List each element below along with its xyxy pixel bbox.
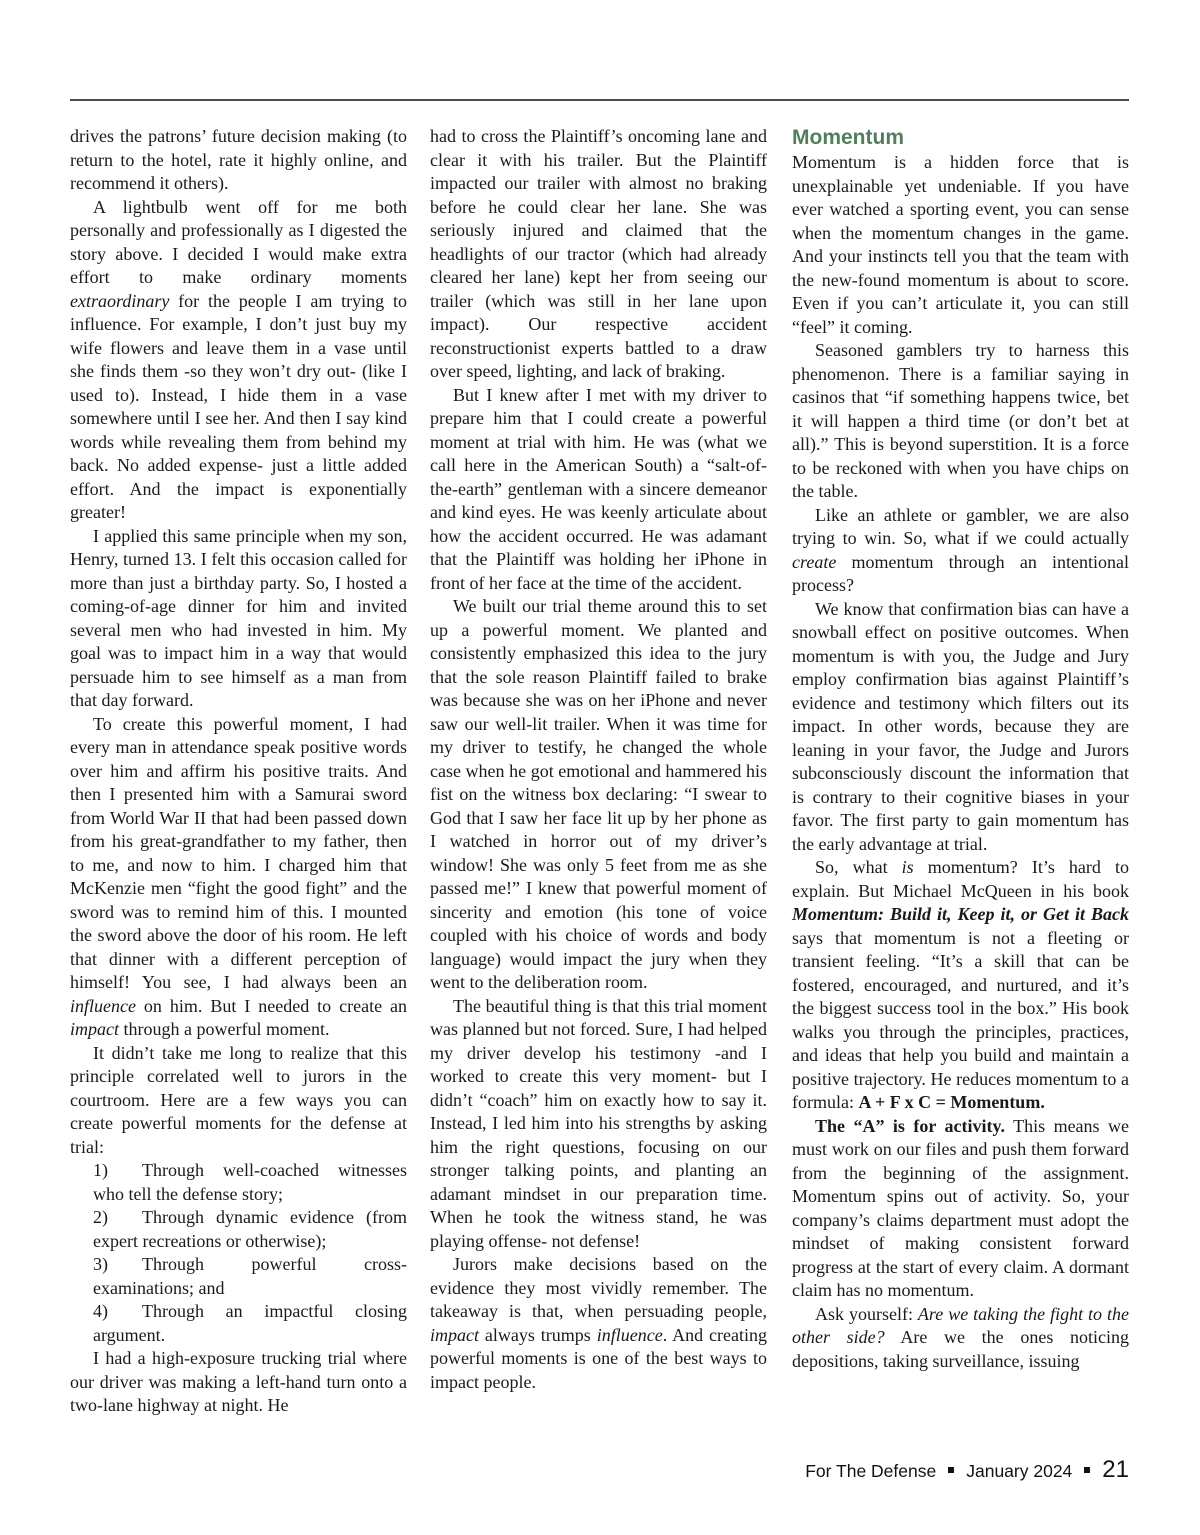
emphasized-text-run: is xyxy=(902,857,914,877)
text-run: on him. But I needed to create an xyxy=(136,996,407,1016)
paragraph: Ask yourself: Are we taking the fight to… xyxy=(792,1303,1129,1374)
square-bullet-icon xyxy=(948,1467,954,1473)
paragraph: The “A” is for activity. This means we m… xyxy=(792,1115,1129,1303)
list-item-number: 4) xyxy=(93,1300,142,1324)
text-run: Momentum is a hidden force that is unexp… xyxy=(792,152,1129,337)
text-run: through a powerful moment. xyxy=(119,1019,329,1039)
numbered-list-item: 1)Through well-coached witnesses who tel… xyxy=(93,1159,407,1206)
paragraph: To create this powerful moment, I had ev… xyxy=(70,713,407,1042)
list-item-number: 2) xyxy=(93,1206,142,1230)
paragraph: We built our trial theme around this to … xyxy=(430,595,767,995)
text-run: drives the patrons’ future decision maki… xyxy=(70,126,407,193)
numbered-list-item: 2)Through dynamic evidence (from expert … xyxy=(93,1206,407,1253)
emphasized-text-run: Momentum: Build it, Keep it, or Get it B… xyxy=(792,904,1129,924)
section-heading: Momentum xyxy=(792,125,1129,150)
paragraph: So, what is momentum? It’s hard to expla… xyxy=(792,856,1129,1115)
article-column-1: drives the patrons’ future decision maki… xyxy=(70,125,407,1418)
emphasized-text-run: influence xyxy=(70,996,136,1016)
paragraph: Seasoned gamblers try to harness this ph… xyxy=(792,339,1129,504)
page-footer: For The Defense January 2024 21 xyxy=(805,1456,1129,1484)
text-run: This means we must work on our files and… xyxy=(792,1116,1129,1301)
emphasized-text-run: influence xyxy=(597,1325,663,1345)
text-run: To create this powerful moment, I had ev… xyxy=(70,714,407,993)
emphasized-text-run: impact xyxy=(430,1325,479,1345)
text-run: Like an athlete or gambler, we are also … xyxy=(792,505,1129,549)
paragraph: Jurors make decisions based on the evide… xyxy=(430,1253,767,1394)
text-run: had to cross the Plaintiff’s oncoming la… xyxy=(430,126,767,381)
numbered-list-item: 4)Through an impactful closing argument. xyxy=(93,1300,407,1347)
magazine-article-page: drives the patrons’ future decision maki… xyxy=(0,0,1200,1535)
text-run: I had a high-exposure trucking trial whe… xyxy=(70,1348,407,1415)
text-run: for the people I am trying to influence.… xyxy=(70,291,407,523)
paragraph: But I knew after I met with my driver to… xyxy=(430,384,767,596)
text-run: I applied this same principle when my so… xyxy=(70,526,407,711)
text-run: The beautiful thing is that this trial m… xyxy=(430,996,767,1251)
text-run: We built our trial theme around this to … xyxy=(430,596,767,992)
emphasized-text-run: The “A” is for activity. xyxy=(815,1116,1005,1136)
text-run: always trumps xyxy=(479,1325,597,1345)
paragraph: Momentum is a hidden force that is unexp… xyxy=(792,151,1129,339)
article-column-3: MomentumMomentum is a hidden force that … xyxy=(792,125,1129,1373)
footer-page-number: 21 xyxy=(1102,1456,1129,1484)
paragraph: A lightbulb went off for me both persona… xyxy=(70,196,407,525)
footer-issue-date: January 2024 xyxy=(966,1461,1072,1482)
text-run: momentum through an intentional process? xyxy=(792,552,1129,596)
numbered-list-item: 3)Through powerful cross-examinations; a… xyxy=(93,1253,407,1300)
paragraph: Like an athlete or gambler, we are also … xyxy=(792,504,1129,598)
text-run: Jurors make decisions based on the evide… xyxy=(430,1254,767,1321)
text-run: But I knew after I met with my driver to… xyxy=(430,385,767,593)
paragraph: I had a high-exposure trucking trial whe… xyxy=(70,1347,407,1418)
emphasized-text-run: impact xyxy=(70,1019,119,1039)
text-run: says that momentum is not a fleeting or … xyxy=(792,928,1129,1113)
emphasized-text-run: extraordinary xyxy=(70,291,169,311)
text-run: Seasoned gamblers try to harness this ph… xyxy=(792,340,1129,501)
header-rule xyxy=(70,99,1129,101)
paragraph: It didn’t take me long to realize that t… xyxy=(70,1042,407,1160)
paragraph: I applied this same principle when my so… xyxy=(70,525,407,713)
text-run: We know that confirmation bias can have … xyxy=(792,599,1129,854)
footer-publication-name: For The Defense xyxy=(805,1461,936,1482)
paragraph: drives the patrons’ future decision maki… xyxy=(70,125,407,196)
paragraph: had to cross the Plaintiff’s oncoming la… xyxy=(430,125,767,384)
emphasized-text-run: A + F x C = Momentum. xyxy=(858,1092,1044,1112)
text-run: Ask yourself: xyxy=(815,1304,918,1324)
article-column-2: had to cross the Plaintiff’s oncoming la… xyxy=(430,125,767,1394)
paragraph: The beautiful thing is that this trial m… xyxy=(430,995,767,1254)
list-item-number: 1) xyxy=(93,1159,142,1183)
text-run: A lightbulb went off for me both persona… xyxy=(70,197,407,288)
paragraph: We know that confirmation bias can have … xyxy=(792,598,1129,857)
list-item-number: 3) xyxy=(93,1253,142,1277)
text-run: So, what xyxy=(815,857,902,877)
square-bullet-icon xyxy=(1084,1467,1090,1473)
text-run: It didn’t take me long to realize that t… xyxy=(70,1043,407,1157)
emphasized-text-run: create xyxy=(792,552,836,572)
